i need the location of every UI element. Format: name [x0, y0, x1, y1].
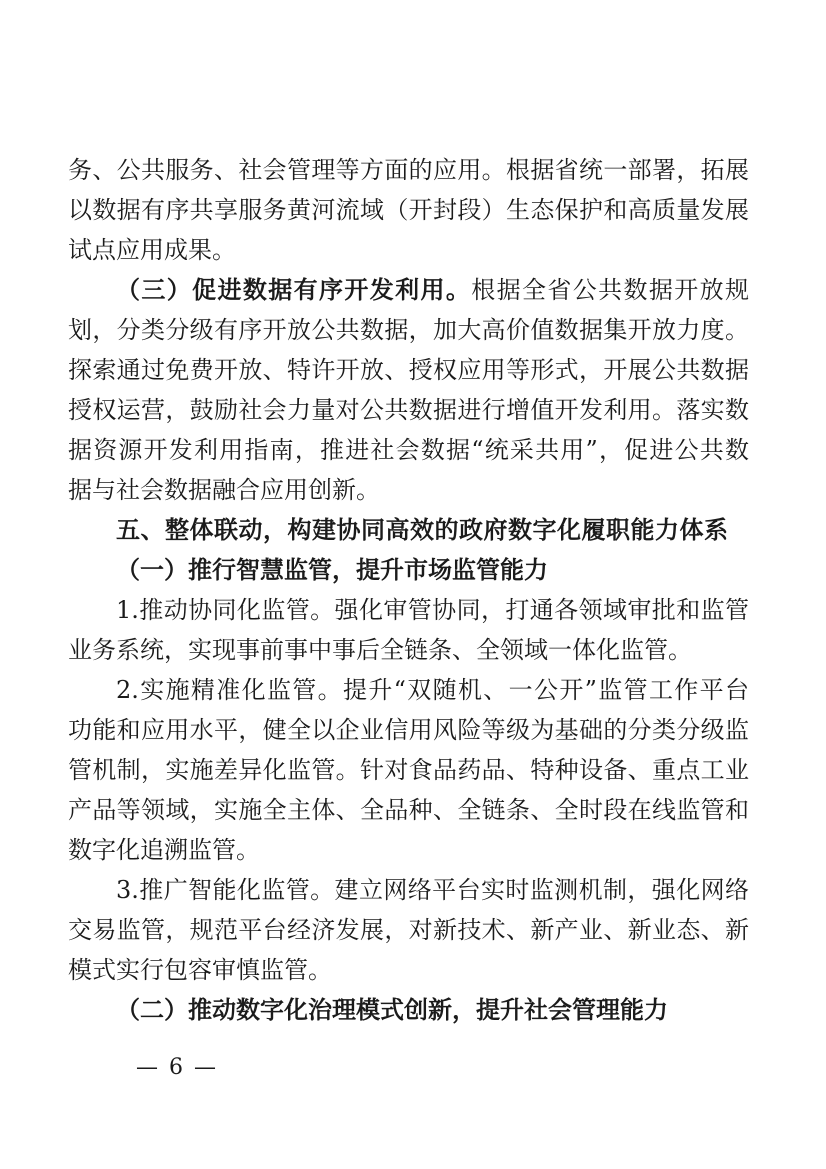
clause-lead: （三）促进数据有序开发利用。 — [116, 275, 471, 304]
text-segment: 模式实行包容审慎监管。 — [68, 956, 332, 984]
clause-lead: 1.推动协同化监管。 — [116, 596, 335, 624]
body-line: 产品等领域，实施全主体、全品种、全链条、全时段在线监管和 — [68, 790, 749, 830]
body-line: 试点应用成果。 — [68, 230, 749, 270]
text-segment: 试点应用成果。 — [68, 236, 236, 264]
body-line: 划，分类分级有序开放公共数据，加大高价值数据集开放力度。 — [68, 310, 749, 350]
text-segment: 五、整体联动，构建协同高效的政府数字化履职能力体系 — [116, 516, 729, 544]
paragraph-start-line: 2.实施精准化监管。提升“双随机、一公开”监管工作平台 — [68, 670, 749, 710]
paragraph-start-line: （三）促进数据有序开发利用。根据全省公共数据开放规 — [68, 270, 749, 310]
text-segment: 强化审管协同，打通各领域审批和监管 — [335, 596, 749, 624]
text-segment: 探索通过免费开放、特许开放、授权应用等形式，开展公共数据 — [68, 356, 749, 384]
text-segment: 授权运营，鼓励社会力量对公共数据进行增值开发利用。落实数 — [68, 396, 749, 424]
clause-lead: 2.实施精准化监管。 — [116, 676, 343, 704]
body-line: 据资源开发利用指南，推进社会数据“统采共用”，促进公共数 — [68, 430, 749, 470]
text-segment: 提升“双随机、一公开”监管工作平台 — [343, 676, 749, 704]
body-line: 管机制，实施差异化监管。针对食品药品、特种设备、重点工业 — [68, 750, 749, 790]
subsection-heading: （一）推行智慧监管，提升市场监管能力 — [68, 550, 749, 590]
body-line: 授权运营，鼓励社会力量对公共数据进行增值开发利用。落实数 — [68, 390, 749, 430]
text-segment: 管机制，实施差异化监管。针对食品药品、特种设备、重点工业 — [68, 756, 749, 784]
text-segment: 产品等领域，实施全主体、全品种、全链条、全时段在线监管和 — [68, 796, 749, 824]
text-segment: 数字化追溯监管。 — [68, 836, 260, 864]
text-segment: 划，分类分级有序开放公共数据，加大高价值数据集开放力度。 — [68, 316, 749, 344]
text-segment: 以数据有序共享服务黄河流域（开封段）生态保护和高质量发展 — [68, 196, 749, 224]
body-line: 据与社会数据融合应用创新。 — [68, 470, 749, 510]
page-number: — 6 — — [136, 1053, 218, 1083]
text-segment: （一）推行智慧监管，提升市场监管能力 — [116, 555, 548, 584]
text-segment: 务、公共服务、社会管理等方面的应用。根据省统一部署，拓展 — [68, 156, 749, 184]
clause-lead: 3.推广智能化监管。 — [116, 876, 335, 904]
body-line: 模式实行包容审慎监管。 — [68, 950, 749, 990]
document-body-text: 务、公共服务、社会管理等方面的应用。根据省统一部署，拓展以数据有序共享服务黄河流… — [68, 150, 749, 1030]
body-line: 功能和应用水平，健全以企业信用风险等级为基础的分类分级监 — [68, 710, 749, 750]
body-line: 业务系统，实现事前事中事后全链条、全领域一体化监管。 — [68, 630, 749, 670]
subsection-heading: （二）推动数字化治理模式创新，提升社会管理能力 — [68, 990, 749, 1030]
body-line: 务、公共服务、社会管理等方面的应用。根据省统一部署，拓展 — [68, 150, 749, 190]
body-line: 探索通过免费开放、特许开放、授权应用等形式，开展公共数据 — [68, 350, 749, 390]
text-segment: 交易监管，规范平台经济发展，对新技术、新产业、新业态、新 — [68, 916, 749, 944]
text-segment: 据与社会数据融合应用创新。 — [68, 476, 380, 504]
text-segment: 建立网络平台实时监测机制，强化网络 — [335, 876, 749, 904]
paragraph-start-line: 3.推广智能化监管。建立网络平台实时监测机制，强化网络 — [68, 870, 749, 910]
body-line: 数字化追溯监管。 — [68, 830, 749, 870]
text-segment: 据资源开发利用指南，推进社会数据“统采共用”，促进公共数 — [68, 436, 749, 464]
text-segment: 功能和应用水平，健全以企业信用风险等级为基础的分类分级监 — [68, 716, 749, 744]
text-segment: 业务系统，实现事前事中事后全链条、全领域一体化监管。 — [68, 636, 692, 664]
body-line: 以数据有序共享服务黄河流域（开封段）生态保护和高质量发展 — [68, 190, 749, 230]
text-segment: 根据全省公共数据开放规 — [471, 276, 749, 304]
document-page: 务、公共服务、社会管理等方面的应用。根据省统一部署，拓展以数据有序共享服务黄河流… — [0, 0, 826, 1169]
body-line: 交易监管，规范平台经济发展，对新技术、新产业、新业态、新 — [68, 910, 749, 950]
text-segment: （二）推动数字化治理模式创新，提升社会管理能力 — [116, 995, 668, 1024]
section-heading: 五、整体联动，构建协同高效的政府数字化履职能力体系 — [68, 510, 749, 550]
paragraph-start-line: 1.推动协同化监管。强化审管协同，打通各领域审批和监管 — [68, 590, 749, 630]
